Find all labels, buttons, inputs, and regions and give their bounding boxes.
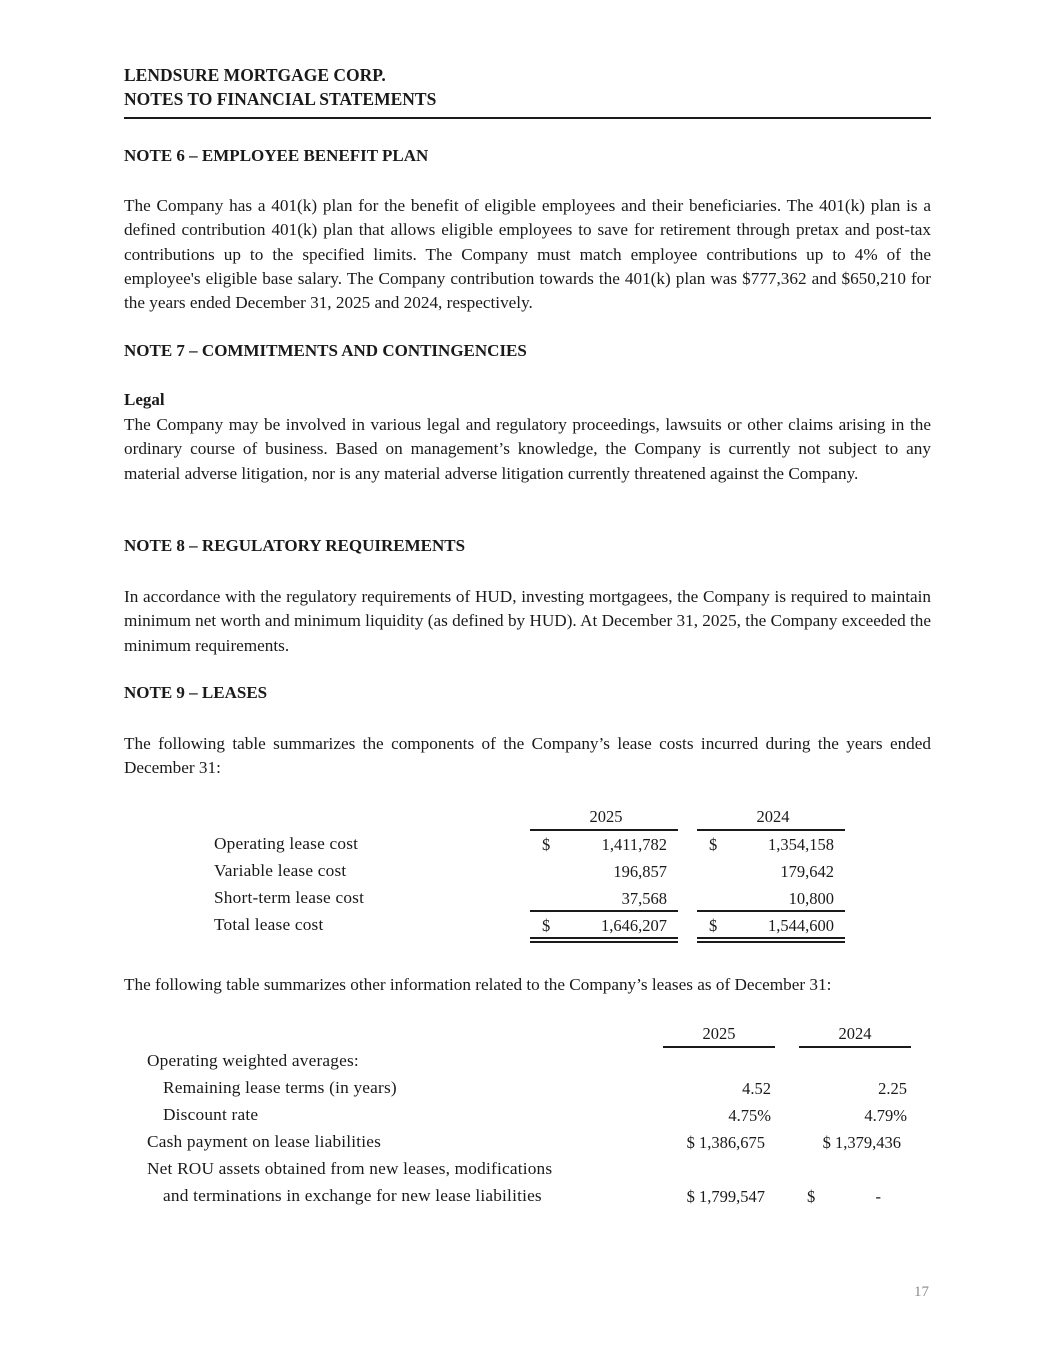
note9-intro-costs: The following table summarizes the compo… [124,732,931,781]
lease-cost-total-2024: 1,544,600 [724,916,834,936]
other-col-2025-underline [663,1046,775,1048]
currency-symbol: $ [542,835,550,855]
note6-body: The Company has a 401(k) plan for the be… [124,194,931,315]
note9-heading: NOTE 9 – LEASES [124,683,267,703]
currency-symbol: $ [542,916,550,936]
lease-cost-2024-value: 1,354,158 [724,835,834,855]
currency-symbol: $ [807,1187,815,1207]
note9-intro-other: The following table summarizes other inf… [124,973,931,997]
other-info-row-label: Operating weighted averages: [147,1051,359,1071]
col-2025-underline [530,829,678,831]
total-double-underline-2025 [530,937,678,943]
currency-symbol: $ [709,916,717,936]
page-number: 17 [914,1284,929,1301]
total-double-underline-2024 [697,937,845,943]
lease-cost-total-2025: 1,646,207 [557,916,667,936]
other-info-row-label: Cash payment on lease liabilities [147,1132,381,1152]
other-info-row-label: Remaining lease terms (in years) [163,1078,397,1098]
net-rou-assets-2024: - [876,1187,882,1207]
subtotal-underline-2025 [530,910,678,912]
note7-subheading-legal: Legal [124,390,165,410]
lease-cost-total-label: Total lease cost [214,915,323,935]
discount-rate-2025: 4.75% [728,1106,771,1126]
other-info-row-label: and terminations in exchange for new lea… [163,1186,542,1206]
lease-cost-2025-value: 1,411,782 [557,835,667,855]
remaining-term-2025: 4.52 [742,1079,771,1099]
currency-symbol: $ [709,835,717,855]
header-rule [124,117,931,119]
note8-body: In accordance with the regulatory requir… [124,585,931,658]
lease-cost-2025-value: 196,857 [557,862,667,882]
cash-payment-2024: $ 1,379,436 [823,1133,901,1153]
note8-heading: NOTE 8 – REGULATORY REQUIREMENTS [124,536,465,556]
document-subtitle: NOTES TO FINANCIAL STATEMENTS [124,89,436,110]
other-info-row-label: Discount rate [163,1105,258,1125]
lease-cost-col-2024: 2024 [718,807,828,827]
discount-rate-2024: 4.79% [864,1106,907,1126]
lease-cost-row-label: Operating lease cost [214,834,358,854]
subtotal-underline-2024 [697,910,845,912]
lease-cost-2024-value: 10,800 [724,889,834,909]
other-info-row-label: Net ROU assets obtained from new leases,… [147,1159,552,1179]
other-info-col-2024: 2024 [799,1024,911,1044]
lease-cost-col-2025: 2025 [551,807,661,827]
other-info-col-2025: 2025 [663,1024,775,1044]
cash-payment-2025: $ 1,386,675 [687,1133,765,1153]
company-name: LENDSURE MORTGAGE CORP. [124,65,386,86]
lease-cost-2024-value: 179,642 [724,862,834,882]
net-rou-assets-2025: $ 1,799,547 [687,1187,765,1207]
note6-heading: NOTE 6 – EMPLOYEE BENEFIT PLAN [124,146,428,166]
lease-cost-2025-value: 37,568 [557,889,667,909]
lease-cost-row-label: Variable lease cost [214,861,346,881]
remaining-term-2024: 2.25 [878,1079,907,1099]
other-col-2024-underline [799,1046,911,1048]
note7-heading: NOTE 7 – COMMITMENTS AND CONTINGENCIES [124,341,527,361]
col-2024-underline [697,829,845,831]
note7-body: The Company may be involved in various l… [124,413,931,486]
lease-cost-row-label: Short-term lease cost [214,888,364,908]
